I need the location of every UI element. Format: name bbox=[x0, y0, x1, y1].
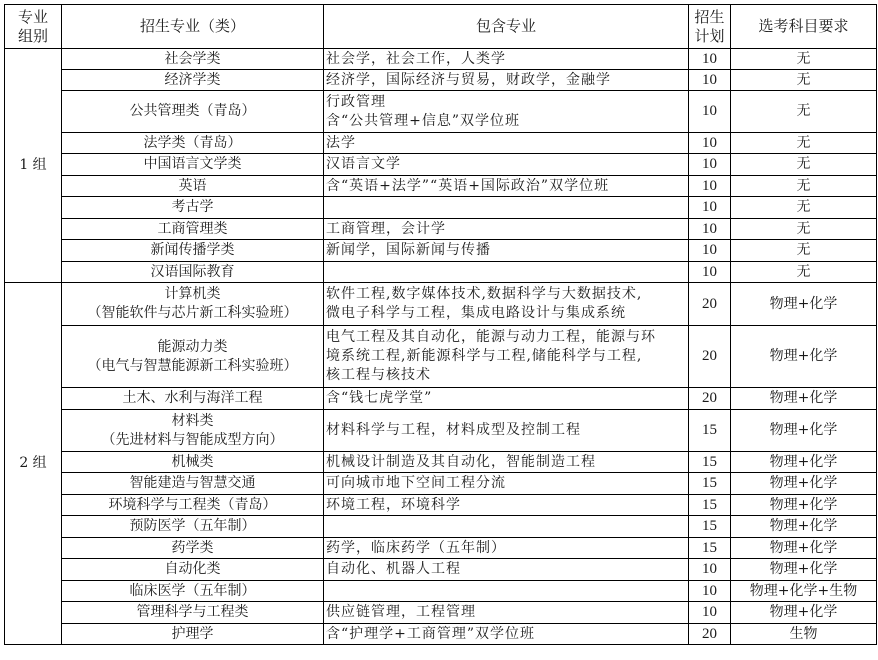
header-subjects: 选考科目要求 bbox=[731, 5, 877, 49]
includes-cell: 软件工程,数字媒体技术,数据科学与大数据技术,微电子科学与工程，集成电路设计与集… bbox=[324, 283, 689, 326]
includes-cell-line: 微电子科学与工程，集成电路设计与集成系统 bbox=[326, 304, 686, 323]
includes-cell-line: 汉语言文学 bbox=[326, 155, 686, 174]
header-row: 专业 组别 招生专业（类） 包含专业 招生 计划 选考科目要求 bbox=[5, 5, 877, 49]
major-cell-line: 智能建造与智慧交通 bbox=[64, 474, 321, 493]
major-cell: 考古学 bbox=[62, 197, 324, 219]
table-row: 土木、水利与海洋工程含“钱七虎学堂”20物理+化学 bbox=[5, 388, 877, 410]
major-cell-line: 临床医学（五年制） bbox=[64, 582, 321, 601]
includes-cell-line: 自动化、机器人工程 bbox=[326, 560, 686, 579]
includes-cell: 自动化、机器人工程 bbox=[324, 559, 689, 581]
includes-cell: 新闻学，国际新闻与传播 bbox=[324, 240, 689, 262]
includes-cell-line: 经济学，国际经济与贸易，财政学，金融学 bbox=[326, 71, 686, 90]
subjects-cell: 无 bbox=[731, 197, 877, 219]
includes-cell-line: 机械设计制造及其自动化，智能制造工程 bbox=[326, 453, 686, 472]
major-cell: 中国语言文学类 bbox=[62, 154, 324, 176]
subjects-cell: 物理+化学 bbox=[731, 602, 877, 624]
subjects-cell: 无 bbox=[731, 91, 877, 133]
includes-cell: 经济学，国际经济与贸易，财政学，金融学 bbox=[324, 70, 689, 91]
plan-cell: 15 bbox=[689, 538, 731, 559]
includes-cell: 含“护理学+工商管理”双学位班 bbox=[324, 624, 689, 645]
includes-cell bbox=[324, 581, 689, 602]
plan-cell: 10 bbox=[689, 154, 731, 176]
major-cell: 工商管理类 bbox=[62, 219, 324, 240]
header-group: 专业 组别 bbox=[5, 5, 62, 49]
includes-cell-line: 核工程与核技术 bbox=[326, 366, 686, 385]
major-cell-line: 工商管理类 bbox=[64, 220, 321, 239]
includes-cell-line: 软件工程,数字媒体技术,数据科学与大数据技术, bbox=[326, 285, 686, 304]
plan-cell: 10 bbox=[689, 559, 731, 581]
group-cell: 1 组 bbox=[5, 49, 62, 283]
table-body: 1 组社会学类社会学，社会工作，人类学10无经济学类经济学，国际经济与贸易，财政… bbox=[5, 49, 877, 645]
subjects-cell: 无 bbox=[731, 176, 877, 197]
table-row: 智能建造与智慧交通可向城市地下空间工程分流15物理+化学 bbox=[5, 473, 877, 495]
header-includes: 包含专业 bbox=[324, 5, 689, 49]
subjects-cell: 物理+化学 bbox=[731, 559, 877, 581]
major-cell-line: （先进材料与智能成型方向） bbox=[64, 431, 321, 450]
subjects-cell: 物理+化学 bbox=[731, 388, 877, 410]
includes-cell: 机械设计制造及其自动化，智能制造工程 bbox=[324, 452, 689, 473]
plan-cell: 10 bbox=[689, 219, 731, 240]
subjects-cell: 生物 bbox=[731, 624, 877, 645]
table-row: 法学类（青岛）法学10无 bbox=[5, 133, 877, 154]
table-row: 工商管理类工商管理，会计学10无 bbox=[5, 219, 877, 240]
subjects-cell: 物理+化学 bbox=[731, 538, 877, 559]
includes-cell-line: 含“护理学+工商管理”双学位班 bbox=[326, 625, 686, 644]
table-row: 自动化类自动化、机器人工程10物理+化学 bbox=[5, 559, 877, 581]
includes-cell: 汉语言文学 bbox=[324, 154, 689, 176]
includes-cell-line: 法学 bbox=[326, 134, 686, 153]
plan-cell: 15 bbox=[689, 410, 731, 452]
subjects-cell: 无 bbox=[731, 70, 877, 91]
major-cell-line: 社会学类 bbox=[64, 50, 321, 69]
includes-cell: 电气工程及其自动化，能源与动力工程，能源与环境系统工程,新能源科学与工程,储能科… bbox=[324, 326, 689, 388]
major-cell-line: 英语 bbox=[64, 177, 321, 196]
plan-cell: 10 bbox=[689, 70, 731, 91]
table-row: 能源动力类（电气与智慧能源新工科实验班）电气工程及其自动化，能源与动力工程，能源… bbox=[5, 326, 877, 388]
major-cell-line: （智能软件与芯片新工科实验班） bbox=[64, 304, 321, 323]
major-cell-line: 考古学 bbox=[64, 198, 321, 217]
major-cell: 汉语国际教育 bbox=[62, 262, 324, 283]
major-cell-line: （电气与智慧能源新工科实验班） bbox=[64, 357, 321, 376]
header-group-line1: 专业 bbox=[7, 8, 59, 27]
subjects-cell: 无 bbox=[731, 154, 877, 176]
subjects-cell: 无 bbox=[731, 262, 877, 283]
plan-cell: 10 bbox=[689, 197, 731, 219]
header-plan: 招生 计划 bbox=[689, 5, 731, 49]
major-cell: 护理学 bbox=[62, 624, 324, 645]
includes-cell-line: 社会学，社会工作，人类学 bbox=[326, 50, 686, 69]
table-row: 英语含“英语+法学”“英语+国际政治”双学位班10无 bbox=[5, 176, 877, 197]
table-row: 药学类药学，临床药学（五年制）15物理+化学 bbox=[5, 538, 877, 559]
includes-cell: 可向城市地下空间工程分流 bbox=[324, 473, 689, 495]
plan-cell: 20 bbox=[689, 624, 731, 645]
plan-cell: 20 bbox=[689, 388, 731, 410]
major-cell: 英语 bbox=[62, 176, 324, 197]
table-row: 机械类机械设计制造及其自动化，智能制造工程15物理+化学 bbox=[5, 452, 877, 473]
major-cell: 智能建造与智慧交通 bbox=[62, 473, 324, 495]
includes-cell-line: 境系统工程,新能源科学与工程,储能科学与工程, bbox=[326, 347, 686, 366]
includes-cell-line: 行政管理 bbox=[326, 93, 686, 112]
plan-cell: 15 bbox=[689, 473, 731, 495]
plan-cell: 15 bbox=[689, 452, 731, 473]
includes-cell-line: 药学，临床药学（五年制） bbox=[326, 539, 686, 558]
plan-cell: 10 bbox=[689, 581, 731, 602]
major-cell: 机械类 bbox=[62, 452, 324, 473]
table-row: 2 组计算机类（智能软件与芯片新工科实验班）软件工程,数字媒体技术,数据科学与大… bbox=[5, 283, 877, 326]
includes-cell: 药学，临床药学（五年制） bbox=[324, 538, 689, 559]
includes-cell bbox=[324, 197, 689, 219]
subjects-cell: 无 bbox=[731, 219, 877, 240]
major-cell-line: 预防医学（五年制） bbox=[64, 517, 321, 536]
header-plan-line2: 计划 bbox=[691, 27, 728, 46]
subjects-cell: 物理+化学 bbox=[731, 410, 877, 452]
enrollment-table: 专业 组别 招生专业（类） 包含专业 招生 计划 选考科目要求 1 组社会学类社… bbox=[4, 4, 877, 645]
table-row: 材料类（先进材料与智能成型方向）材料科学与工程，材料成型及控制工程15物理+化学 bbox=[5, 410, 877, 452]
includes-cell-line: 含“英语+法学”“英语+国际政治”双学位班 bbox=[326, 177, 686, 196]
major-cell: 法学类（青岛） bbox=[62, 133, 324, 154]
subjects-cell: 物理+化学 bbox=[731, 326, 877, 388]
plan-cell: 10 bbox=[689, 49, 731, 70]
table-row: 管理科学与工程类供应链管理，工程管理10物理+化学 bbox=[5, 602, 877, 624]
major-cell: 自动化类 bbox=[62, 559, 324, 581]
subjects-cell: 物理+化学 bbox=[731, 516, 877, 538]
major-cell-line: 自动化类 bbox=[64, 560, 321, 579]
major-cell-line: 能源动力类 bbox=[64, 338, 321, 357]
includes-cell-line: 新闻学，国际新闻与传播 bbox=[326, 241, 686, 260]
includes-cell: 行政管理含“公共管理+信息”双学位班 bbox=[324, 91, 689, 133]
major-cell-line: 中国语言文学类 bbox=[64, 155, 321, 174]
subjects-cell: 物理+化学 bbox=[731, 495, 877, 516]
table-row: 公共管理类（青岛）行政管理含“公共管理+信息”双学位班10无 bbox=[5, 91, 877, 133]
header-group-line2: 组别 bbox=[7, 27, 59, 46]
major-cell-line: 新闻传播学类 bbox=[64, 241, 321, 260]
major-cell: 新闻传播学类 bbox=[62, 240, 324, 262]
plan-cell: 10 bbox=[689, 91, 731, 133]
major-cell-line: 经济学类 bbox=[64, 71, 321, 90]
group-cell: 2 组 bbox=[5, 283, 62, 645]
major-cell-line: 环境科学与工程类（青岛） bbox=[64, 496, 321, 515]
major-cell: 临床医学（五年制） bbox=[62, 581, 324, 602]
major-cell-line: 管理科学与工程类 bbox=[64, 603, 321, 622]
plan-cell: 20 bbox=[689, 283, 731, 326]
table-row: 汉语国际教育10无 bbox=[5, 262, 877, 283]
includes-cell: 环境工程，环境科学 bbox=[324, 495, 689, 516]
header-major: 招生专业（类） bbox=[62, 5, 324, 49]
table-row: 环境科学与工程类（青岛）环境工程，环境科学15物理+化学 bbox=[5, 495, 877, 516]
plan-cell: 10 bbox=[689, 262, 731, 283]
major-cell: 计算机类（智能软件与芯片新工科实验班） bbox=[62, 283, 324, 326]
includes-cell bbox=[324, 262, 689, 283]
includes-cell-line: 工商管理，会计学 bbox=[326, 220, 686, 239]
plan-cell: 10 bbox=[689, 602, 731, 624]
subjects-cell: 无 bbox=[731, 133, 877, 154]
includes-cell: 含“英语+法学”“英语+国际政治”双学位班 bbox=[324, 176, 689, 197]
table-row: 预防医学（五年制）15物理+化学 bbox=[5, 516, 877, 538]
major-cell-line: 汉语国际教育 bbox=[64, 263, 321, 282]
major-cell: 经济学类 bbox=[62, 70, 324, 91]
major-cell: 公共管理类（青岛） bbox=[62, 91, 324, 133]
includes-cell-line: 含“公共管理+信息”双学位班 bbox=[326, 112, 686, 131]
major-cell: 材料类（先进材料与智能成型方向） bbox=[62, 410, 324, 452]
major-cell: 土木、水利与海洋工程 bbox=[62, 388, 324, 410]
includes-cell: 材料科学与工程，材料成型及控制工程 bbox=[324, 410, 689, 452]
major-cell-line: 法学类（青岛） bbox=[64, 134, 321, 153]
table-row: 中国语言文学类汉语言文学10无 bbox=[5, 154, 877, 176]
plan-cell: 15 bbox=[689, 495, 731, 516]
includes-cell: 含“钱七虎学堂” bbox=[324, 388, 689, 410]
includes-cell-line: 供应链管理，工程管理 bbox=[326, 603, 686, 622]
table-row: 临床医学（五年制）10物理+化学+生物 bbox=[5, 581, 877, 602]
includes-cell: 社会学，社会工作，人类学 bbox=[324, 49, 689, 70]
plan-cell: 15 bbox=[689, 516, 731, 538]
subjects-cell: 无 bbox=[731, 240, 877, 262]
subjects-cell: 无 bbox=[731, 49, 877, 70]
major-cell-line: 公共管理类（青岛） bbox=[64, 102, 321, 121]
subjects-cell: 物理+化学 bbox=[731, 452, 877, 473]
major-cell: 管理科学与工程类 bbox=[62, 602, 324, 624]
plan-cell: 10 bbox=[689, 240, 731, 262]
major-cell-line: 护理学 bbox=[64, 625, 321, 644]
header-plan-line1: 招生 bbox=[691, 8, 728, 27]
major-cell-line: 计算机类 bbox=[64, 285, 321, 304]
includes-cell-line: 电气工程及其自动化，能源与动力工程，能源与环 bbox=[326, 328, 686, 347]
includes-cell-line: 可向城市地下空间工程分流 bbox=[326, 474, 686, 493]
major-cell: 能源动力类（电气与智慧能源新工科实验班） bbox=[62, 326, 324, 388]
major-cell-line: 机械类 bbox=[64, 453, 321, 472]
subjects-cell: 物理+化学 bbox=[731, 473, 877, 495]
subjects-cell: 物理+化学+生物 bbox=[731, 581, 877, 602]
major-cell: 预防医学（五年制） bbox=[62, 516, 324, 538]
subjects-cell: 物理+化学 bbox=[731, 283, 877, 326]
major-cell-line: 材料类 bbox=[64, 412, 321, 431]
plan-cell: 10 bbox=[689, 133, 731, 154]
plan-cell: 20 bbox=[689, 326, 731, 388]
major-cell-line: 土木、水利与海洋工程 bbox=[64, 389, 321, 408]
includes-cell: 工商管理，会计学 bbox=[324, 219, 689, 240]
includes-cell-line: 材料科学与工程，材料成型及控制工程 bbox=[326, 421, 686, 440]
table-row: 新闻传播学类新闻学，国际新闻与传播10无 bbox=[5, 240, 877, 262]
table-row: 护理学含“护理学+工商管理”双学位班20生物 bbox=[5, 624, 877, 645]
includes-cell: 法学 bbox=[324, 133, 689, 154]
table-row: 考古学10无 bbox=[5, 197, 877, 219]
major-cell: 环境科学与工程类（青岛） bbox=[62, 495, 324, 516]
major-cell: 药学类 bbox=[62, 538, 324, 559]
plan-cell: 10 bbox=[689, 176, 731, 197]
includes-cell bbox=[324, 516, 689, 538]
table-row: 经济学类经济学，国际经济与贸易，财政学，金融学10无 bbox=[5, 70, 877, 91]
table-row: 1 组社会学类社会学，社会工作，人类学10无 bbox=[5, 49, 877, 70]
includes-cell-line: 环境工程，环境科学 bbox=[326, 496, 686, 515]
includes-cell: 供应链管理，工程管理 bbox=[324, 602, 689, 624]
includes-cell-line: 含“钱七虎学堂” bbox=[326, 389, 686, 408]
major-cell-line: 药学类 bbox=[64, 539, 321, 558]
major-cell: 社会学类 bbox=[62, 49, 324, 70]
